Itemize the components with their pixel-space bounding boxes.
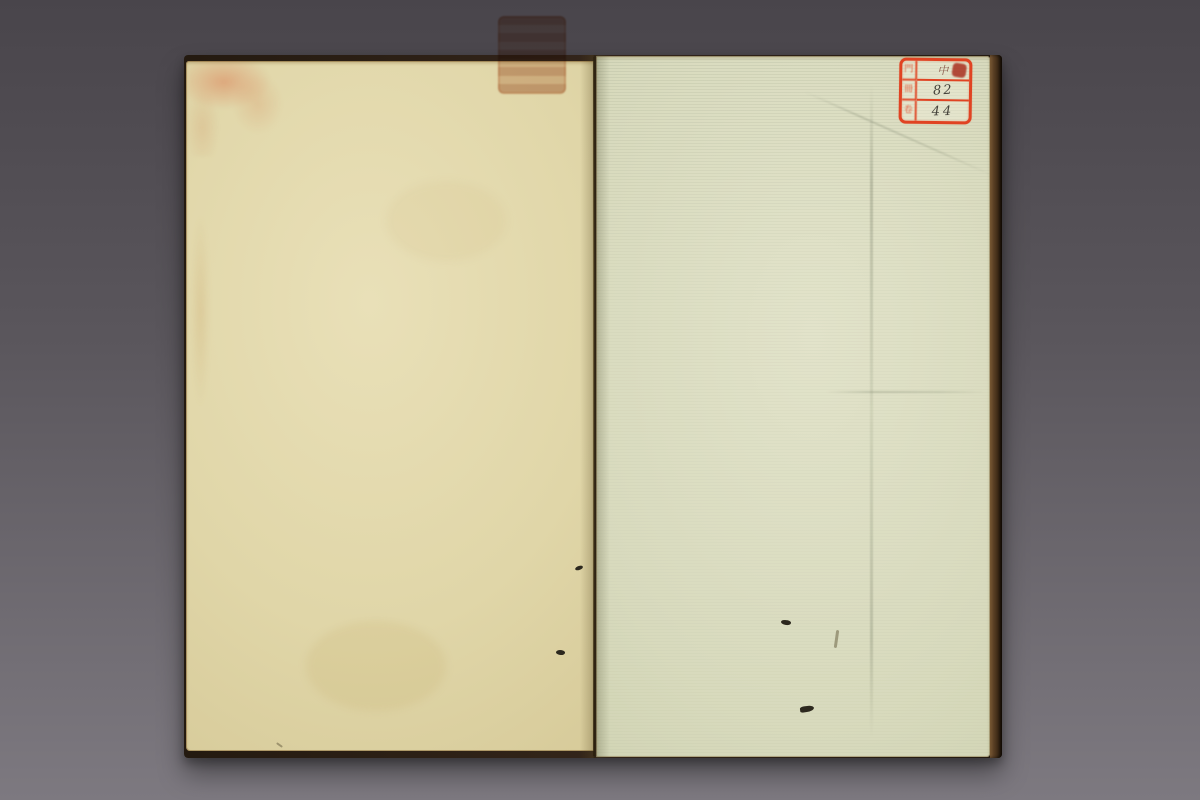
label-field: 卷 <box>902 101 917 121</box>
photograph-background: 門 中 冊 82 卷 44 <box>0 0 1200 800</box>
catalog-label: 門 中 冊 82 卷 44 <box>899 57 973 124</box>
label-field: 冊 <box>902 81 917 101</box>
label-value-row: 中 <box>917 61 969 82</box>
label-value-row: 44 <box>917 101 969 122</box>
label-value: 中 <box>937 64 950 75</box>
label-value: 82 <box>932 83 953 97</box>
gutter-shadow <box>580 55 610 758</box>
paper-fiber <box>276 742 283 748</box>
label-field: 門 <box>902 61 917 81</box>
right-page: 門 中 冊 82 卷 44 <box>596 56 990 757</box>
label-value-row: 82 <box>917 81 969 102</box>
faded-stamp <box>498 16 566 94</box>
left-page <box>186 61 594 751</box>
page-block-edge <box>990 55 1002 758</box>
page-crease <box>870 86 873 736</box>
page-crease <box>826 391 986 393</box>
gutter-crease <box>593 57 595 756</box>
ink-speck <box>556 649 566 655</box>
laid-paper-texture <box>596 56 990 757</box>
red-ink-smudge <box>188 61 308 156</box>
page-stain <box>306 621 446 711</box>
page-stain <box>386 181 506 261</box>
book: 門 中 冊 82 卷 44 <box>184 55 1002 758</box>
faint-stain <box>190 181 216 441</box>
red-seal-mark <box>951 62 967 78</box>
label-value: 44 <box>931 104 954 117</box>
